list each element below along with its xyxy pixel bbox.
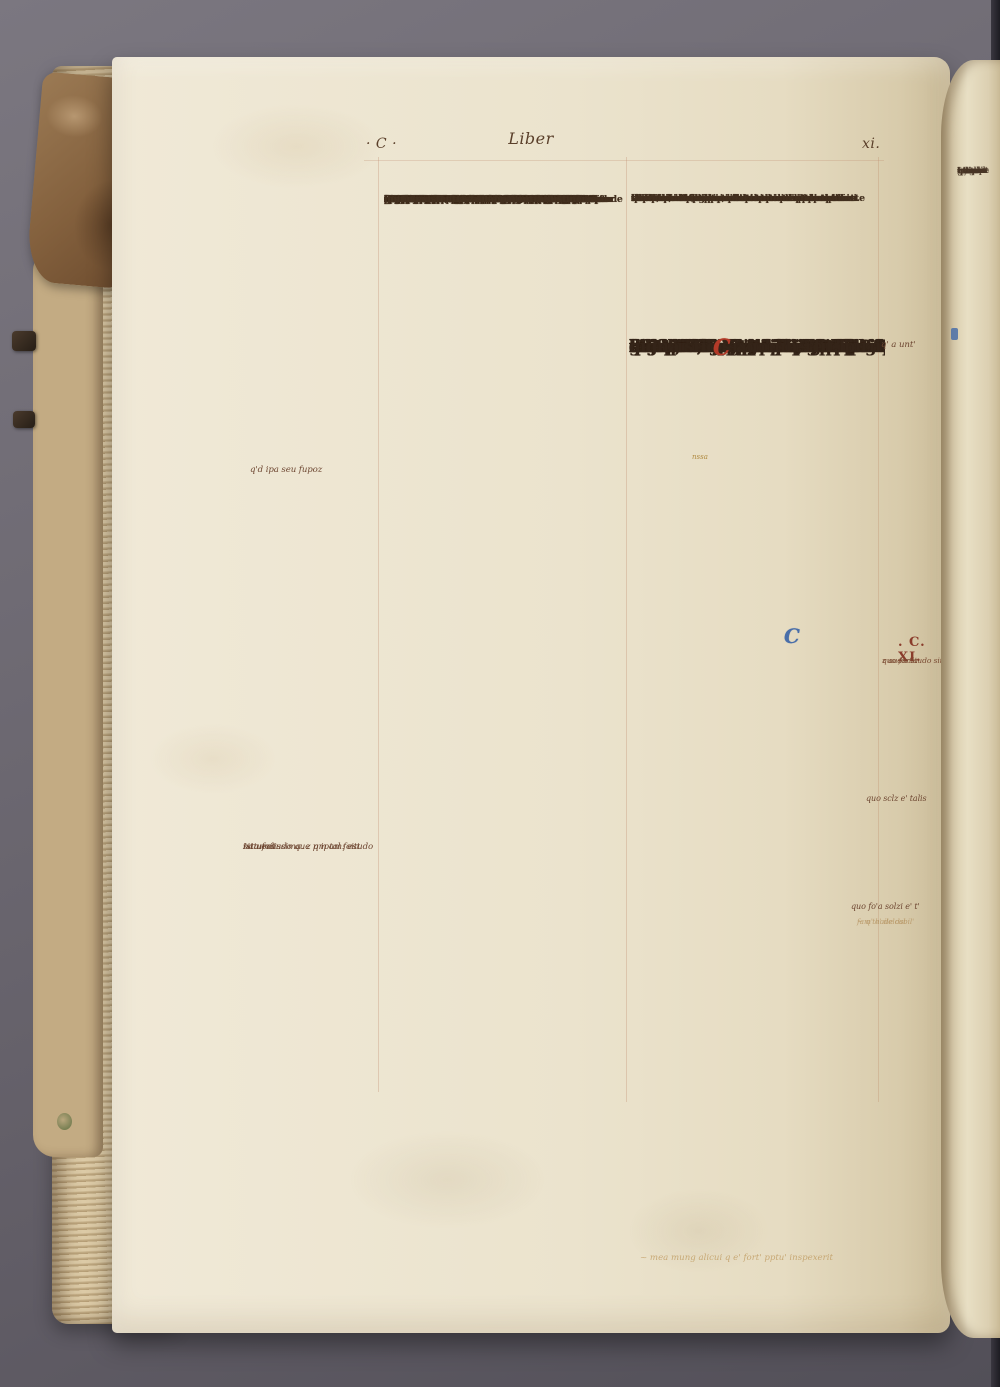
margin-note-right-upper: q' a unt' (881, 339, 915, 353)
margin-note-left-upper: q'd ipa seu fupoz (250, 464, 322, 478)
margin-note-right-lower: quo fo'a solzi e' t' (851, 900, 920, 914)
text-line: fam' e' delcabil' (857, 917, 914, 928)
blue-capitulum-icon: C (784, 624, 800, 648)
interlinear-gloss: nssa (692, 453, 708, 461)
clasp-remnant-icon (12, 331, 36, 351)
right-column-large-text: fortes autuidentur oz ignorantes. ozsunt… (629, 334, 885, 1048)
text-fragment: bus qu (957, 152, 988, 189)
margin-note-right-mid: quo sclz e' talis (866, 792, 927, 806)
ruling-line (364, 160, 884, 161)
next-folio-edge: gnuudenuuo~mtr had arauem zeuermaqm uet … (941, 60, 1000, 1338)
right-column-small-text: In duisis codiabus existentia z existent… (631, 193, 883, 343)
parchment-rough-edge (33, 252, 103, 1157)
text-line: munu existentia z si apparentia sustiner… (384, 193, 595, 206)
text-line: z audacia (882, 656, 918, 667)
manuscript-page: · C · Liber xi. plani' in ipa alijs in e… (112, 57, 950, 1333)
text-line: gigna sticis agonib;: fit. pu (629, 334, 867, 360)
text-line: sit uera. (243, 841, 278, 855)
ruling-line (378, 157, 379, 1092)
left-text-column: plani' in ipa alijs in equalib; existent… (384, 193, 632, 1039)
running-header-numeral: xi. (862, 136, 880, 152)
next-folio-text-fragments: gnuudenuuo~mtr had arauem zeuermaqm uet … (957, 152, 1000, 153)
bottom-stray-note: ~ mea mung alicui q e' fort' pptu' inspe… (640, 1253, 833, 1263)
running-header-title: Liber (112, 129, 950, 148)
blue-initial-fragment-icon (951, 328, 958, 340)
red-capitulum-icon: C (713, 335, 731, 361)
text-line: dacoib; maris z simulacris. (631, 193, 765, 205)
clasp-remnant-icon (13, 411, 35, 428)
fore-edge-bookmark (57, 1113, 72, 1130)
manuscript-photo: · C · Liber xi. plani' in ipa alijs in e… (0, 0, 1000, 1387)
